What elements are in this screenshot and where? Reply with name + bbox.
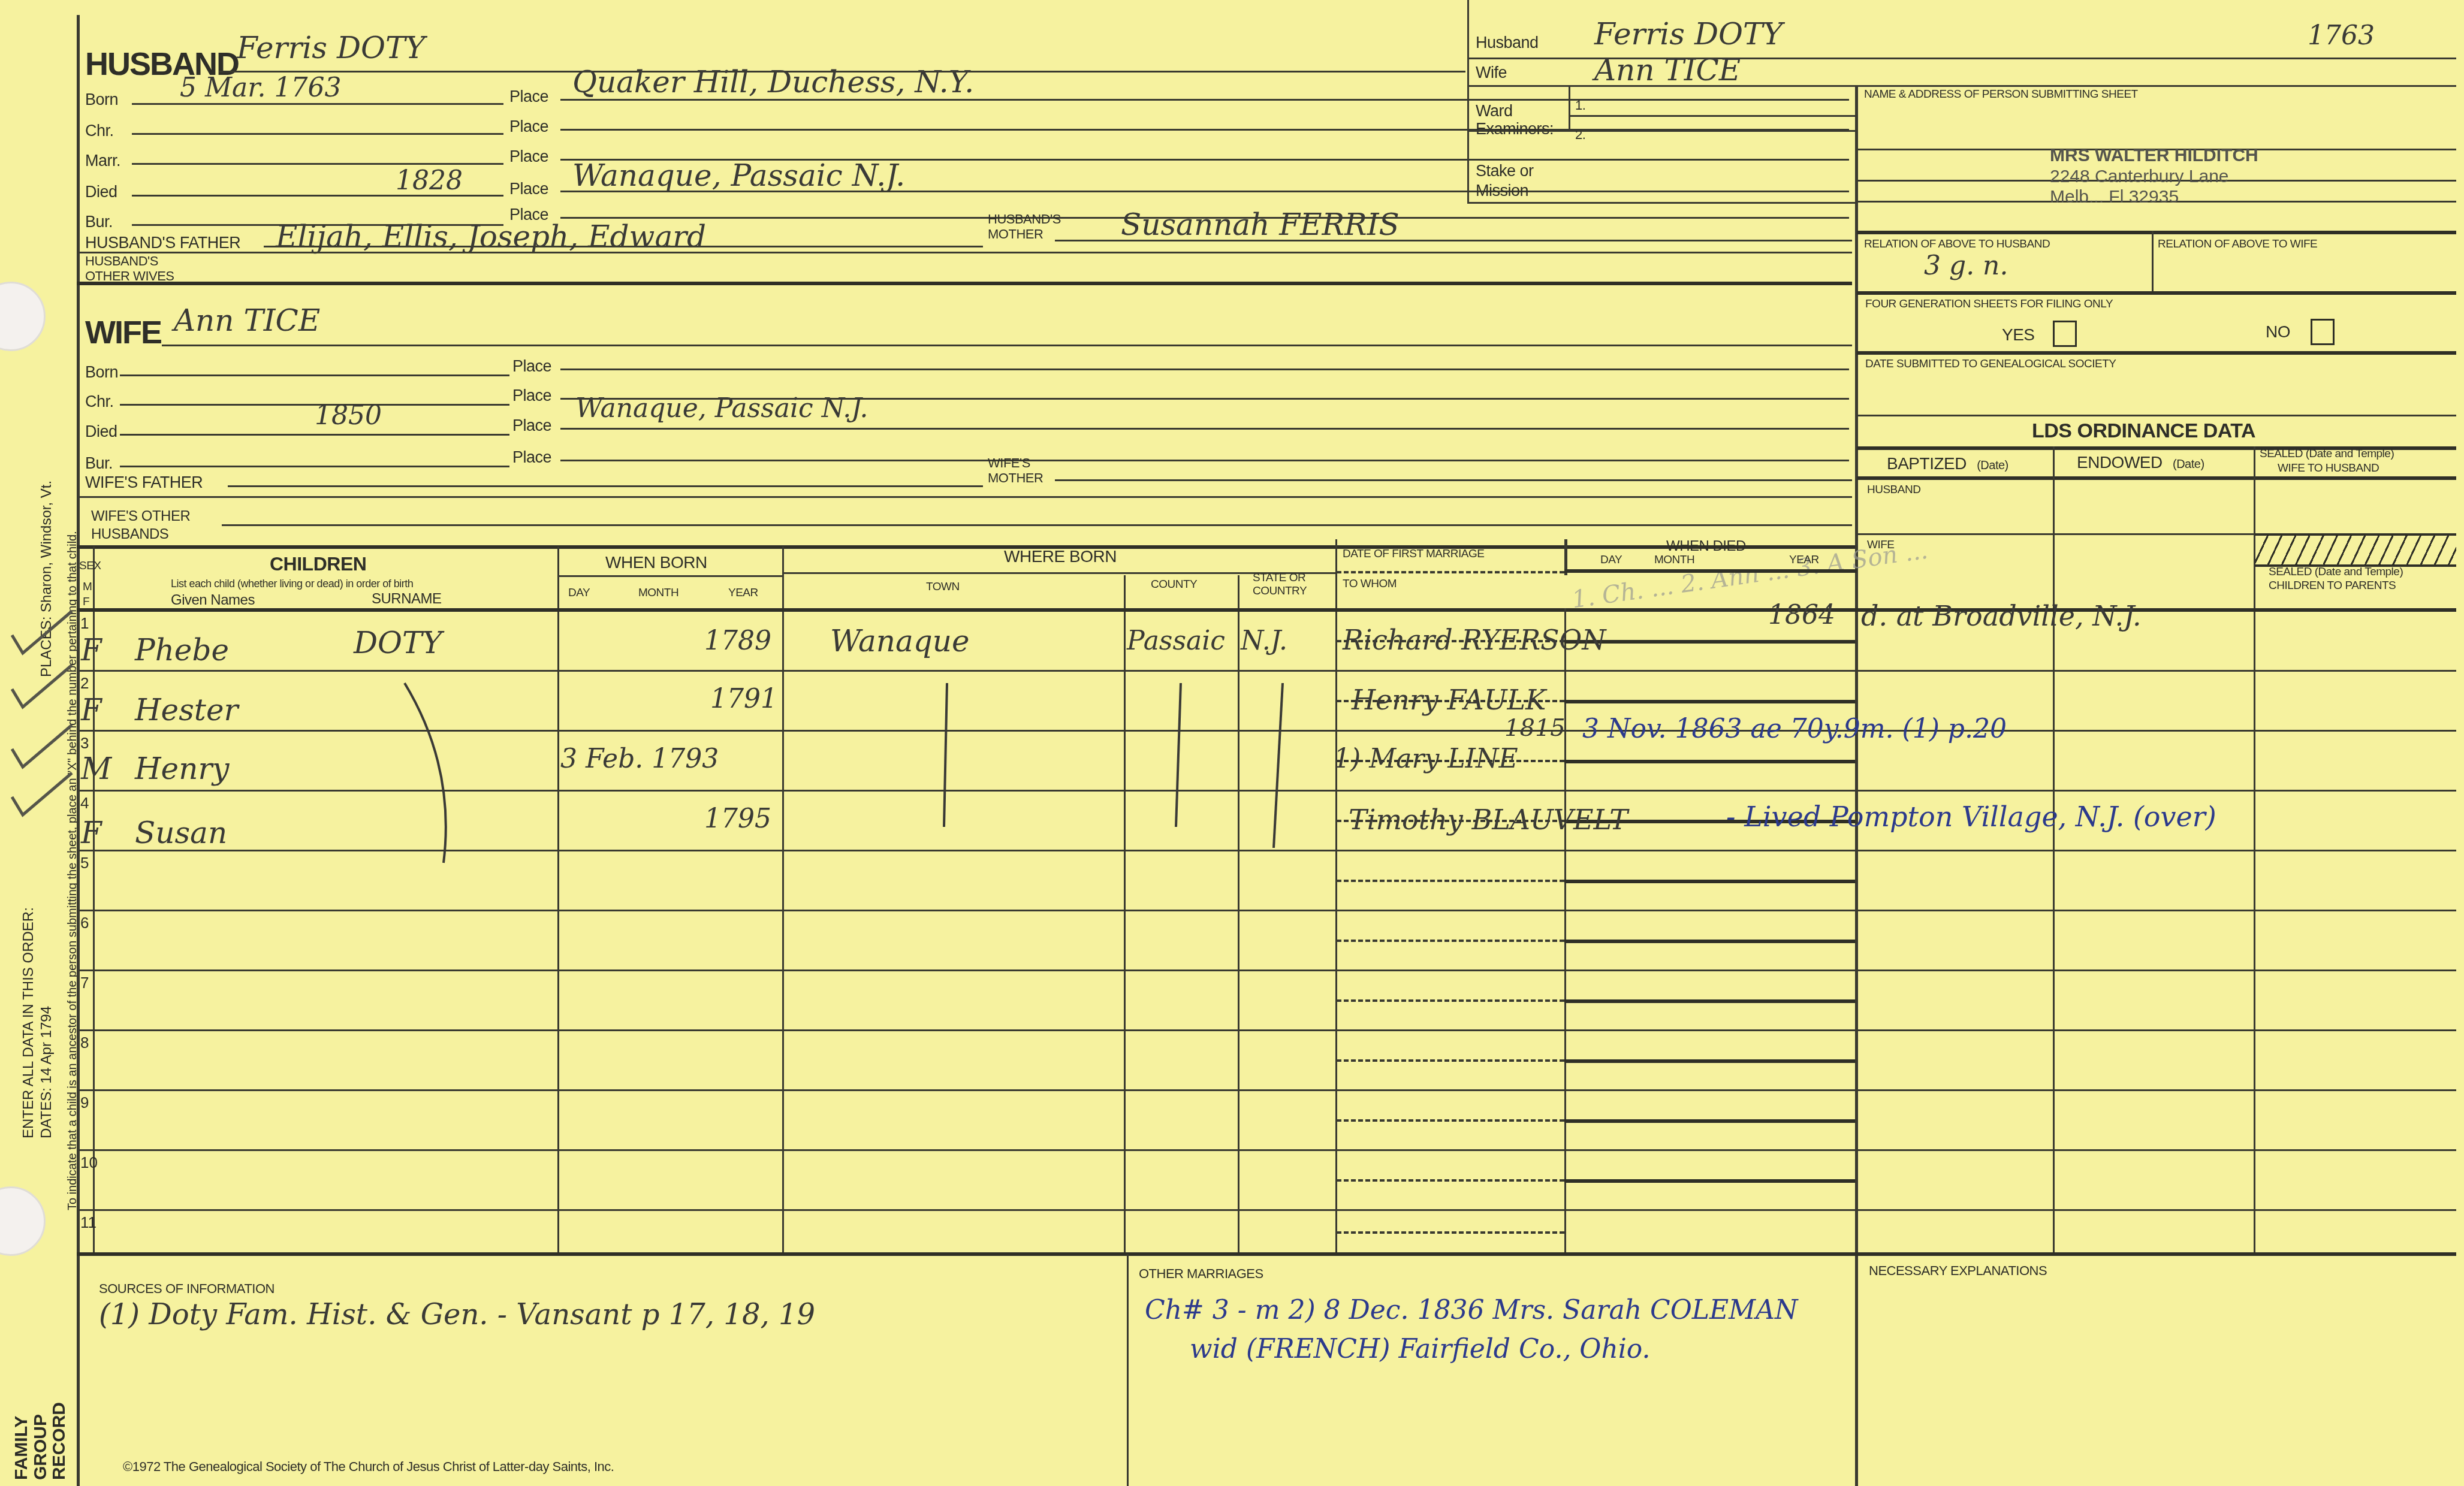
ditto-marks [0, 0, 2464, 1486]
sources-label: SOURCES OF INFORMATION [99, 1282, 275, 1295]
other-marriages-label: OTHER MARRIAGES [1139, 1267, 1263, 1280]
bottom-divider-1 [1127, 1254, 1129, 1486]
other-marriages-line-2[interactable]: wid (FRENCH) Fairfield Co., Ohio. [1190, 1336, 1651, 1363]
copyright: ©1972 The Genealogical Society of The Ch… [123, 1460, 614, 1473]
necessary-explanations-label: NECESSARY EXPLANATIONS [1869, 1264, 2047, 1277]
sources-value[interactable]: (1) Doty Fam. Hist. & Gen. - Vansant p 1… [99, 1300, 815, 1329]
other-marriages-line-1[interactable]: Ch# 3 - m 2) 8 Dec. 1836 Mrs. Sarah COLE… [1145, 1297, 1798, 1324]
